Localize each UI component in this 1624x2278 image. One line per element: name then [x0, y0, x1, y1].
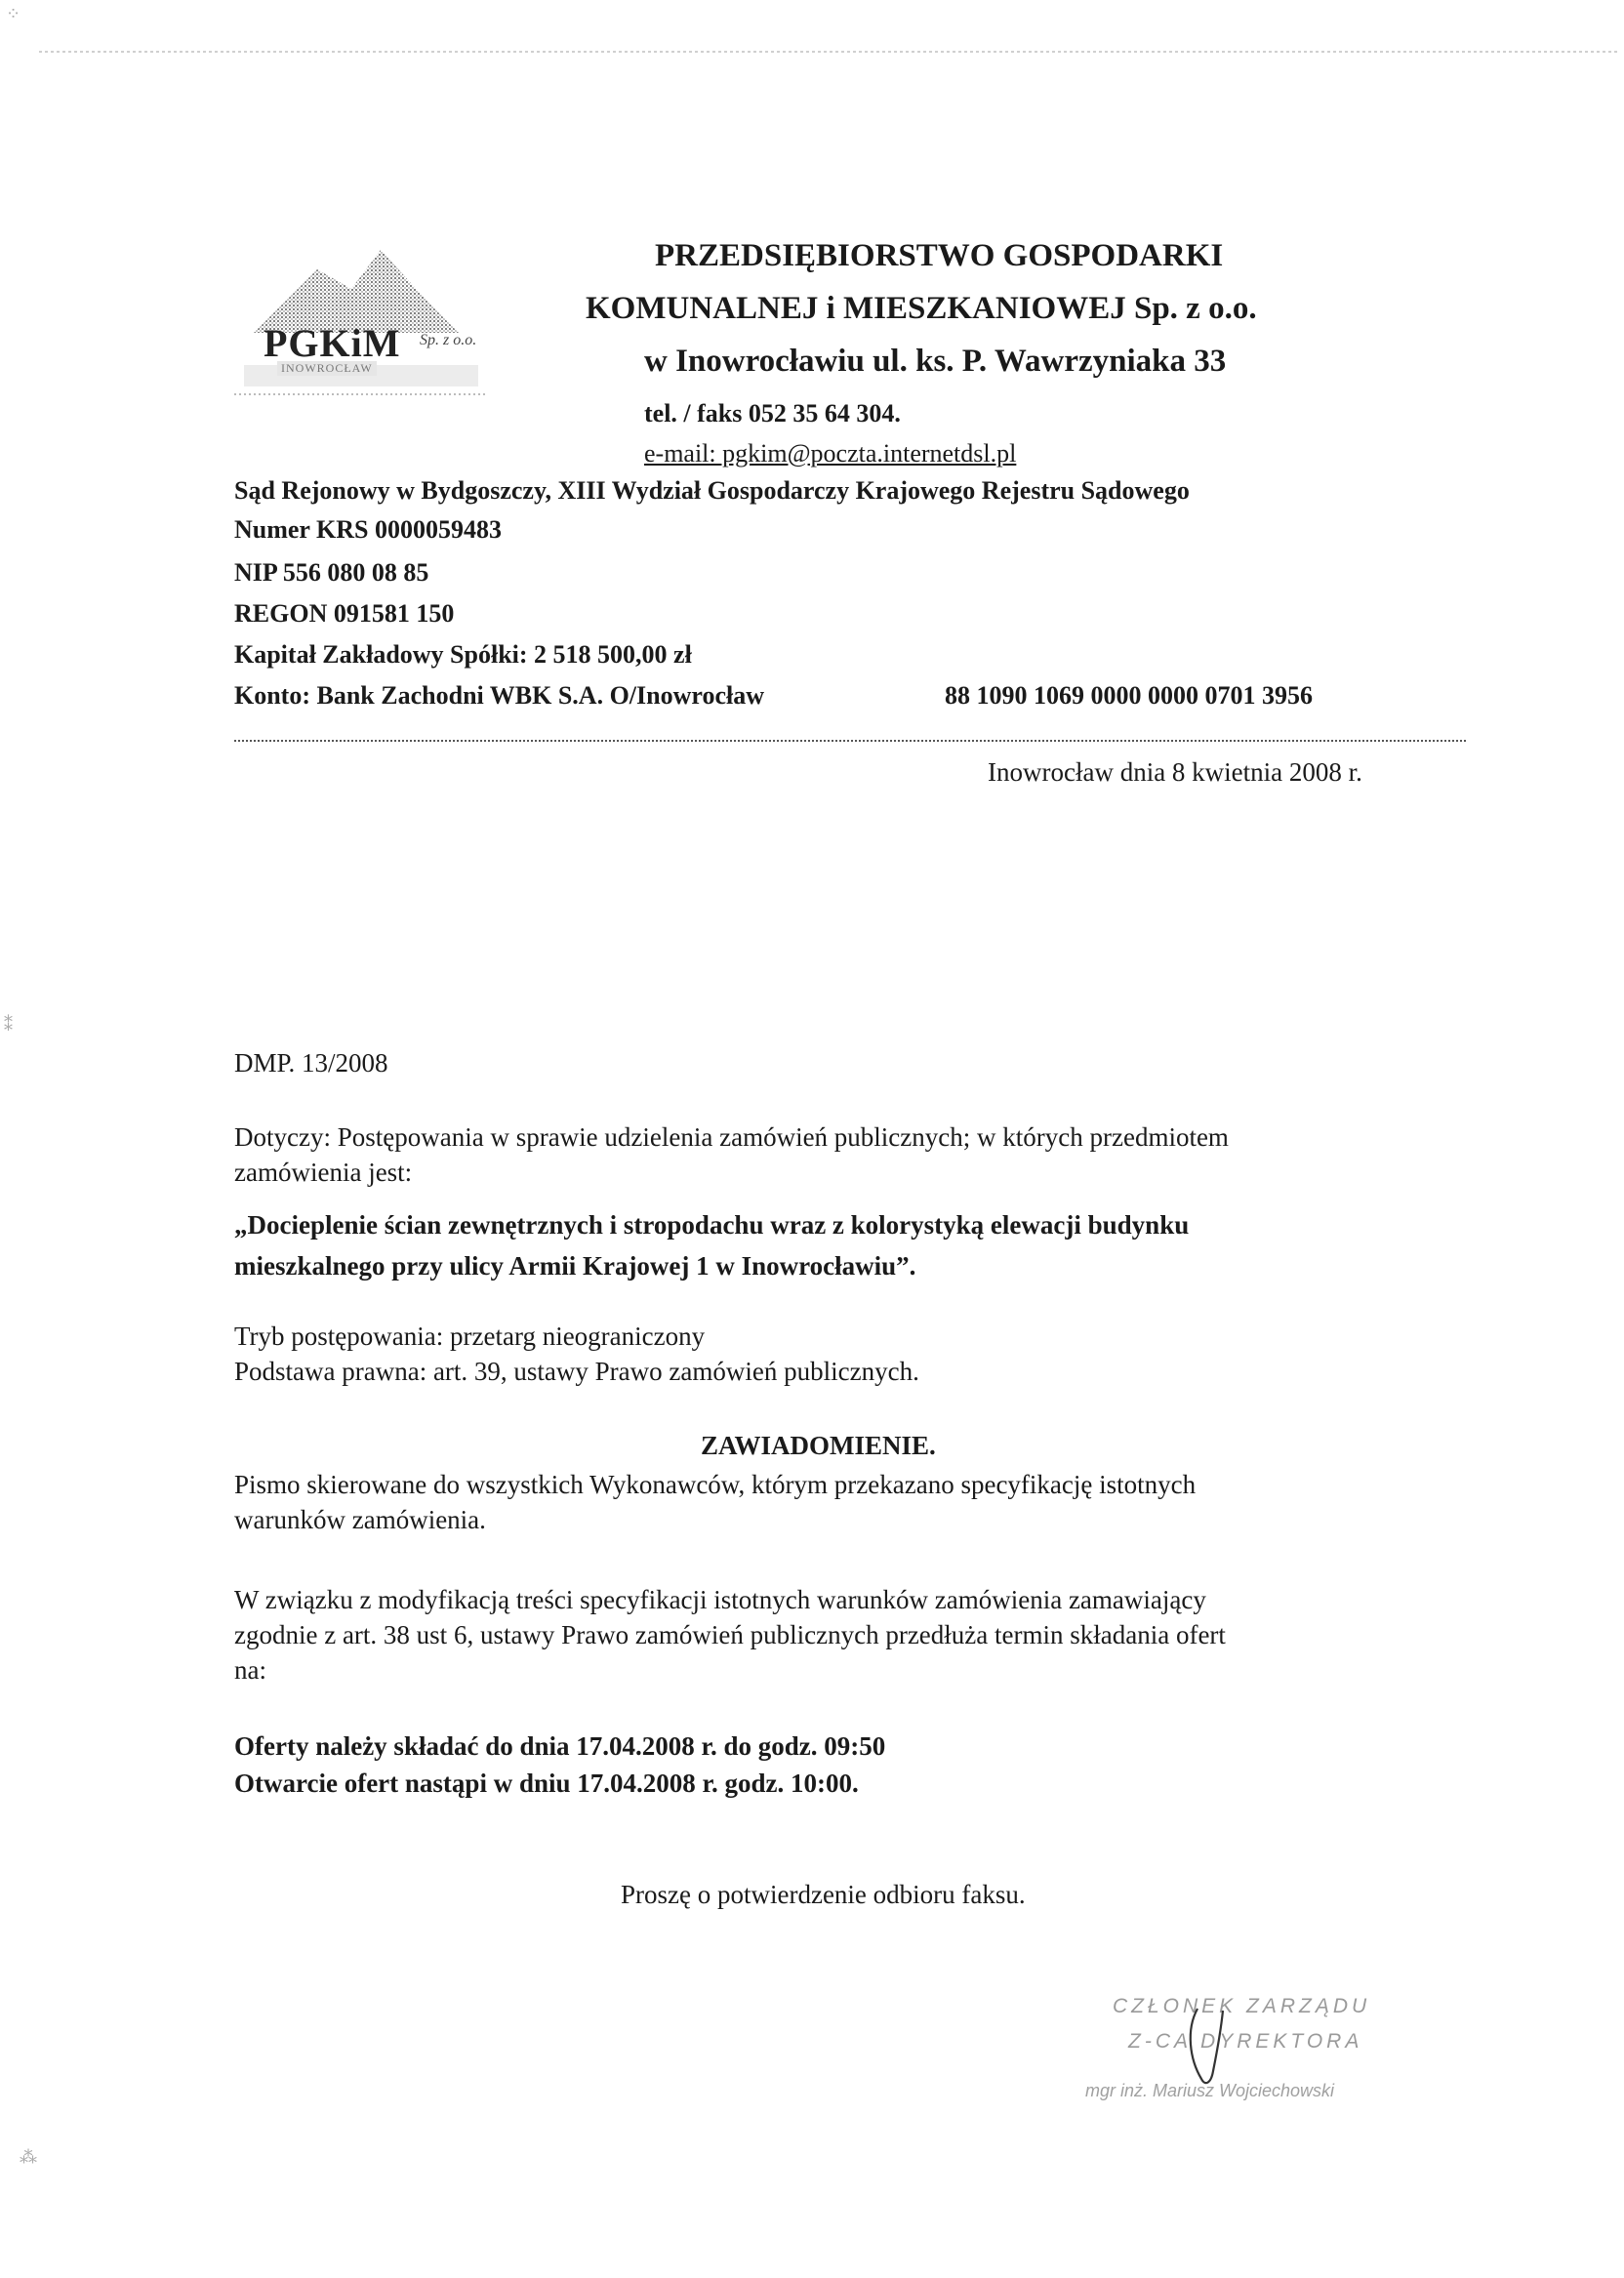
- procedure-legal-basis: Podstawa prawna: art. 39, ustawy Prawo z…: [234, 1357, 919, 1387]
- registry-regon: REGON 091581 150: [234, 599, 454, 629]
- offer-deadline: Oferty należy składać do dnia 17.04.2008…: [234, 1731, 885, 1762]
- scan-speck: ⁘: [6, 4, 20, 24]
- company-address: w Inowrocławiu ul. ks. P. Wawrzyniaka 33: [644, 344, 1226, 380]
- contract-title-line2: mieszkalnego przy ulicy Armii Krajowej 1…: [234, 1251, 915, 1281]
- reference-number: DMP. 13/2008: [234, 1048, 388, 1078]
- scan-artifact-line: [39, 51, 1620, 53]
- notice-para1-line1: Pismo skierowane do wszystkich Wykonawcó…: [234, 1470, 1196, 1500]
- notice-para1-line2: warunków zamówienia.: [234, 1505, 486, 1535]
- signature-icon: [1176, 2001, 1254, 2098]
- company-phone: tel. / faks 052 35 64 304.: [644, 399, 901, 428]
- company-email[interactable]: e-mail: pgkim@poczta.internetdsl.pl: [644, 439, 1016, 468]
- company-name-line1: PRZEDSIĘBIORSTWO GOSPODARKI: [655, 238, 1223, 274]
- scan-speck: ⁑: [4, 1015, 13, 1036]
- procedure-mode: Tryb postępowania: przetarg nieograniczo…: [234, 1322, 705, 1352]
- registry-nip: NIP 556 080 08 85: [234, 558, 428, 588]
- notice-para2-line3: na:: [234, 1655, 266, 1686]
- offer-opening: Otwarcie ofert nastąpi w dniu 17.04.2008…: [234, 1769, 859, 1799]
- header-divider: [234, 740, 1466, 742]
- registry-court: Sąd Rejonowy w Bydgoszczy, XIII Wydział …: [234, 476, 1190, 506]
- closing-request: Proszę o potwierdzenie odbioru faksu.: [621, 1880, 1026, 1910]
- logo-suffix: Sp. z o.o.: [420, 332, 476, 349]
- registry-krs: Numer KRS 0000059483: [234, 515, 502, 545]
- registry-capital: Kapitał Zakładowy Spółki: 2 518 500,00 z…: [234, 640, 692, 670]
- subject-line2: zamówienia jest:: [234, 1158, 412, 1188]
- subject-line1: Dotyczy: Postępowania w sprawie udzielen…: [234, 1122, 1229, 1153]
- contract-title-line1: „Docieplenie ścian zewnętrznych i stropo…: [234, 1210, 1189, 1241]
- registry-account-number: 88 1090 1069 0000 0000 0701 3956: [945, 681, 1313, 711]
- notice-para2-line2: zgodnie z art. 38 ust 6, ustawy Prawo za…: [234, 1620, 1226, 1650]
- notice-para2-line1: W związku z modyfikacją treści specyfika…: [234, 1585, 1206, 1615]
- notice-heading: ZAWIADOMIENIE.: [701, 1431, 936, 1461]
- company-name-line2: KOMUNALNEJ i MIESZKANIOWEJ Sp. z o.o.: [586, 291, 1257, 327]
- logo-text: PGKiM: [264, 320, 401, 366]
- date-line: Inowrocław dnia 8 kwietnia 2008 r.: [988, 757, 1362, 788]
- scan-speck: ⁂: [20, 2147, 37, 2168]
- logo-city: INOWROCŁAW: [277, 361, 377, 376]
- registry-account-label: Konto: Bank Zachodni WBK S.A. O/Inowrocł…: [234, 681, 764, 711]
- company-logo: PGKiM Sp. z o.o. INOWROCŁAW: [234, 230, 498, 396]
